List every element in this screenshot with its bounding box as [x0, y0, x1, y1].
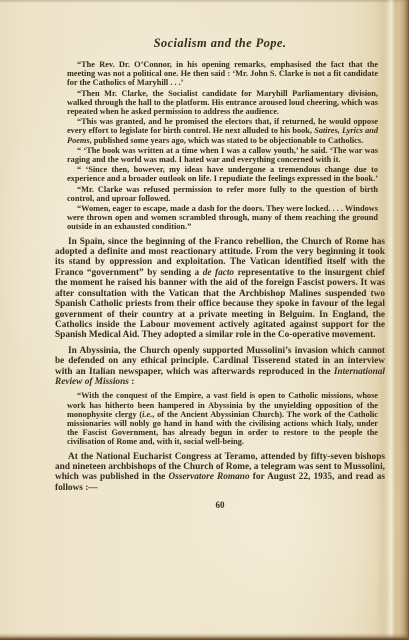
text-run: “ ‘Since then, however, my ideas have un… — [67, 165, 378, 183]
page-number: 60 — [55, 500, 385, 510]
text-run: “Then Mr. Clarke, the Socialist candidat… — [67, 89, 378, 116]
page-bottom-edge — [0, 633, 409, 640]
book-gutter-shadow — [375, 0, 409, 640]
quote-paragraph: “Then Mr. Clarke, the Socialist candidat… — [67, 89, 378, 117]
quote-paragraph: “With the conquest of the Empire, a vast… — [67, 391, 378, 446]
scanned-book-page: Socialism and the Pope. “The Rev. Dr. O’… — [0, 0, 409, 640]
quote-paragraph: “Mr. Clarke was refused permission to re… — [67, 185, 378, 203]
text-run: “The Rev. Dr. O’Connor, in his opening r… — [67, 60, 378, 87]
page-content: Socialism and the Pope. “The Rev. Dr. O’… — [55, 36, 385, 510]
page-top-edge — [0, 0, 409, 3]
quote-paragraph: “ ‘Since then, however, my ideas have un… — [67, 165, 378, 183]
text-run: : — [129, 377, 134, 387]
body-paragraph: In Spain, since the beginning of the Fra… — [55, 237, 385, 341]
text-run: “Women, eager to escape, made a dash for… — [67, 204, 378, 231]
italic-text-run: Osservatore Romano — [168, 472, 249, 482]
quote-paragraph: “The Rev. Dr. O’Connor, in his opening r… — [67, 60, 378, 88]
text-run: “ ‘The book was written at a time when I… — [67, 146, 378, 164]
body-paragraph: In Abyssinia, the Church openly supporte… — [55, 346, 385, 388]
italic-text-run: de facto — [203, 268, 234, 278]
page-title: Socialism and the Pope. — [55, 36, 385, 51]
text-run: “Mr. Clarke was refused permission to re… — [67, 185, 378, 203]
italic-text-run: i.e. — [142, 410, 152, 419]
quote-paragraph: “This was granted, and he promised the e… — [67, 117, 378, 145]
text-run: , published some years ago, which was st… — [90, 136, 364, 145]
text-blocks: “The Rev. Dr. O’Connor, in his opening r… — [55, 60, 385, 493]
quote-paragraph: “ ‘The book was written at a time when I… — [67, 146, 378, 164]
body-paragraph: At the National Eucharist Congress at Te… — [55, 452, 385, 494]
text-run: representative to the insurgent chief th… — [55, 268, 385, 340]
quote-paragraph: “Women, eager to escape, made a dash for… — [67, 204, 378, 232]
